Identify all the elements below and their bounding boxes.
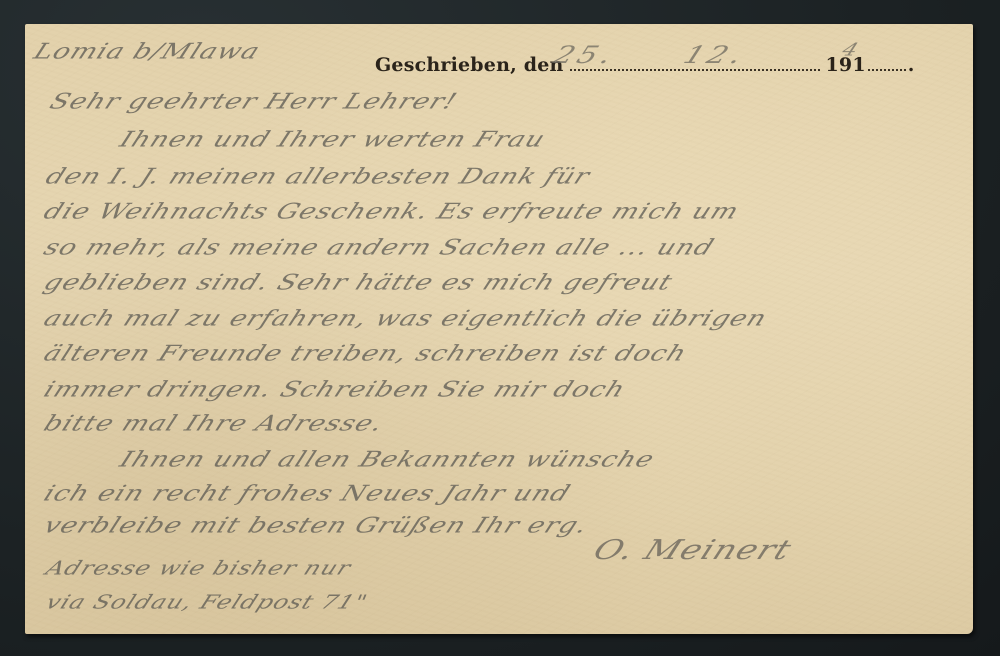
printed-label-geschrieben: Geschrieben, den [375,54,564,76]
handwritten-line: geblieben sind. Sehr hätte es mich gefre… [45,267,672,298]
handwritten-line: bitte mal Ihre Adresse. [45,408,383,439]
handwritten-year-digit: 4 [843,38,861,63]
handwritten-line: verbleibe mit besten Grüßen Ihr erg. [45,510,587,541]
handwritten-line: ich ein recht frohes Neues Jahr und [45,478,569,509]
handwritten-month: 12. [685,38,745,73]
postcard: Lomia b/Mlawa Geschrieben, den 191 . 25.… [25,24,973,634]
handwritten-line: Ihnen und Ihrer werten Frau [121,124,544,155]
handwritten-day: 25. [555,38,615,73]
printed-year-terminator: . [908,54,915,76]
handwritten-line: Ihnen und allen Bekannten wünsche [121,444,653,475]
handwritten-signature: O. Meinert [595,530,790,570]
handwritten-line: Sehr geehrter Herr Lehrer! [51,86,456,117]
handwritten-line: älteren Freunde treiben, schreiben ist d… [45,338,686,369]
handwritten-line: immer dringen. Schreiben Sie mir doch [45,374,625,405]
handwritten-line: die Weihnachts Geschenk. Es erfreute mic… [45,196,738,227]
handwritten-line: auch mal zu erfahren, was eigentlich die… [45,303,766,334]
year-dotted-line [868,68,906,71]
handwritten-line: so mehr, als meine andern Sachen alle ..… [45,232,713,263]
printed-date-line: Geschrieben, den 191 . [375,54,915,76]
handwritten-address-line: via Soldau, Feldpost 71" [47,588,367,616]
handwritten-place: Lomia b/Mlawa [35,36,259,67]
handwritten-address-line: Adresse wie bisher nur [47,554,350,582]
handwritten-line: den I. J. meinen allerbesten Dank für [47,161,589,192]
